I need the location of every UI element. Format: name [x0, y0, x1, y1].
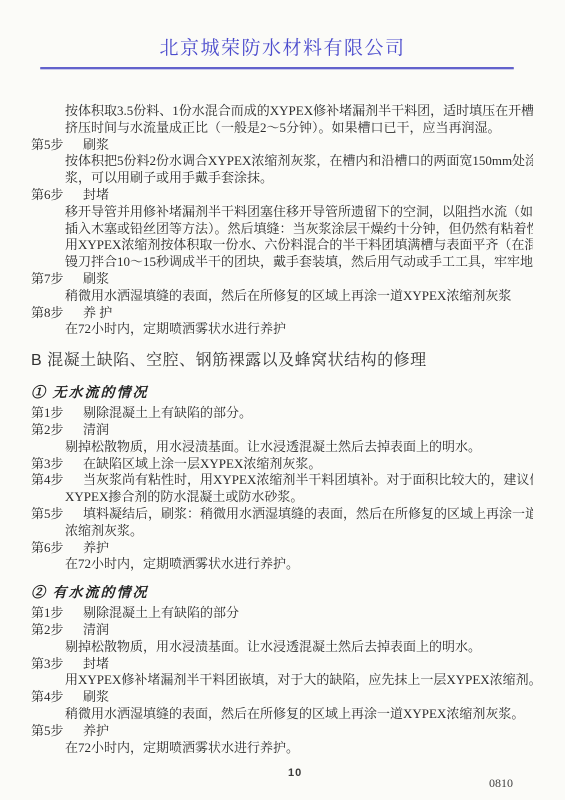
step-label: 第4步 — [31, 689, 83, 706]
step-text: 清润 — [83, 422, 109, 437]
document-body: 按体积取3.5份料、1份水混合而成的XYPEX修补堵漏剂半干料团，适时填压在开槽… — [31, 103, 533, 756]
step-text: 养护 — [83, 723, 109, 738]
step-text: 刷浆 — [83, 137, 109, 152]
paragraph-line: 移开导管并用修补堵漏剂半干料团塞住移开导管所遗留下的空洞，以阻挡水流（如必要配合 — [31, 204, 533, 221]
paragraph-line: 用XYPEX浓缩剂按体积取一份水、六份料混合的半干料团填满槽与表面平齐（在混合时… — [31, 237, 533, 254]
paragraph-line: 稍微用水洒湿填缝的表面，然后在所修复的区域上再涂一道XYPEX浓缩剂灰浆。 — [31, 706, 533, 723]
section-b-heading: B 混凝土缺陷、空腔、钢筋裸露以及蜂窝状结构的修理 — [31, 351, 533, 371]
step-line: 第1步剔除混凝土上有缺陷的部分 — [31, 605, 533, 622]
paragraph-line: 插入木塞或铅丝团等方法）。然后填缝：当灰浆涂层干燥约十分钟，但仍然有粘着性的时候… — [31, 221, 533, 238]
step-text: 刷浆 — [83, 271, 109, 286]
paragraph-line: 在72小时内，定期喷洒雾状水进行养护 — [31, 321, 533, 338]
paragraph-line: 按体积取3.5份料、1份水混合而成的XYPEX修补堵漏剂半干料团，适时填压在开槽… — [31, 103, 533, 120]
step-line: 第1步剔除混凝土上有缺陷的部分。 — [31, 405, 533, 422]
page-number: 10 — [288, 767, 302, 779]
step-text: 剔除混凝土上有缺陷的部分 — [83, 605, 239, 620]
paragraph-line: XYPEX掺合剂的防水混凝土或防水砂浆。 — [31, 489, 533, 506]
step-line: 第6步封堵 — [31, 187, 533, 204]
step-line: 第3步封堵 — [31, 656, 533, 673]
step-text: 填料凝结后，刷浆：稍微用水洒湿填缝的表面，然后在所修复的区域上再涂一道XYPEX — [83, 506, 533, 521]
step-text: 养护 — [83, 540, 109, 555]
step-label: 第3步 — [31, 456, 83, 473]
step-text: 在缺陷区域上涂一层XYPEX浓缩剂灰浆。 — [83, 456, 321, 471]
step-label: 第3步 — [31, 656, 83, 673]
paragraph-line: 剔掉松散物质，用水浸渍基面。让水浸透混凝土然后去掉表面上的明水。 — [31, 639, 533, 656]
step-text: 封堵 — [83, 187, 109, 202]
step-label: 第5步 — [31, 506, 83, 523]
document-page: 北京城荣防水材料有限公司 按体积取3.5份料、1份水混合而成的XYPEX修补堵漏… — [0, 0, 565, 800]
step-label: 第5步 — [31, 137, 83, 154]
paragraph-line: 按体积把5份料2份水调合XYPEX浓缩剂灰浆，在槽内和沿槽口的两面宽150mm处… — [31, 153, 533, 170]
subsection-2-heading: ② 有水流的情况 — [31, 585, 533, 603]
paragraph-line: 在72小时内，定期喷洒雾状水进行养护。 — [31, 556, 533, 573]
step-label: 第2步 — [31, 622, 83, 639]
step-label: 第6步 — [31, 540, 83, 557]
paragraph-line: 稍微用水洒湿填缝的表面，然后在所修复的区域上再涂一道XYPEX浓缩剂灰浆 — [31, 288, 533, 305]
subsection-1-heading: ① 无水流的情况 — [31, 385, 533, 403]
step-label: 第7步 — [31, 271, 83, 288]
step-line: 第4步刷浆 — [31, 689, 533, 706]
step-label: 第2步 — [31, 422, 83, 439]
step-line: 第3步在缺陷区域上涂一层XYPEX浓缩剂灰浆。 — [31, 456, 533, 473]
step-line: 第8步养 护 — [31, 305, 533, 322]
paragraph-line: 挤压时间与水流量成正比（一般是2～5分钟）。如果槽口已干，应当再润湿。 — [31, 120, 533, 137]
paragraph-line: 浓缩剂灰浆。 — [31, 523, 533, 540]
step-label: 第1步 — [31, 405, 83, 422]
step-line: 第5步填料凝结后，刷浆：稍微用水洒湿填缝的表面，然后在所修复的区域上再涂一道XY… — [31, 506, 533, 523]
paragraph-line: 镘刀拌合10～15秒调成半干的团块，戴手套装填，然后用气动或手工工具，牢牢地夯实… — [31, 254, 533, 271]
step-line: 第5步养护 — [31, 723, 533, 740]
step-label: 第4步 — [31, 472, 83, 489]
step-text: 当灰浆尚有粘性时，用XYPEX浓缩剂半干料团填补。对于面积比较大的，建议使用掺入 — [83, 472, 533, 487]
step-label: 第1步 — [31, 605, 83, 622]
step-label: 第8步 — [31, 305, 83, 322]
step-text: 剔除混凝土上有缺陷的部分。 — [83, 405, 252, 420]
paragraph-line: 用XYPEX修补堵漏剂半干料团嵌填，对于大的缺陷，应先抹上一层XYPEX浓缩剂。 — [31, 672, 533, 689]
step-line: 第5步刷浆 — [31, 137, 533, 154]
company-header: 北京城荣防水材料有限公司 — [0, 37, 565, 61]
header-divider — [40, 67, 514, 69]
step-text: 封堵 — [83, 656, 109, 671]
step-text: 刷浆 — [83, 689, 109, 704]
document-code: 0810 — [489, 776, 513, 791]
step-line: 第2步清润 — [31, 422, 533, 439]
step-line: 第4步当灰浆尚有粘性时，用XYPEX浓缩剂半干料团填补。对于面积比较大的，建议使… — [31, 472, 533, 489]
step-label: 第6步 — [31, 187, 83, 204]
step-label: 第5步 — [31, 723, 83, 740]
step-text: 清润 — [83, 622, 109, 637]
step-text: 养 护 — [83, 305, 112, 320]
step-line: 第2步清润 — [31, 622, 533, 639]
paragraph-line: 浆，可以用刷子或用手戴手套涂抹。 — [31, 170, 533, 187]
step-line: 第6步养护 — [31, 540, 533, 557]
step-line: 第7步刷浆 — [31, 271, 533, 288]
paragraph-line: 剔掉松散物质，用水浸渍基面。让水浸透混凝土然后去掉表面上的明水。 — [31, 439, 533, 456]
paragraph-line: 在72小时内，定期喷洒雾状水进行养护。 — [31, 740, 533, 757]
